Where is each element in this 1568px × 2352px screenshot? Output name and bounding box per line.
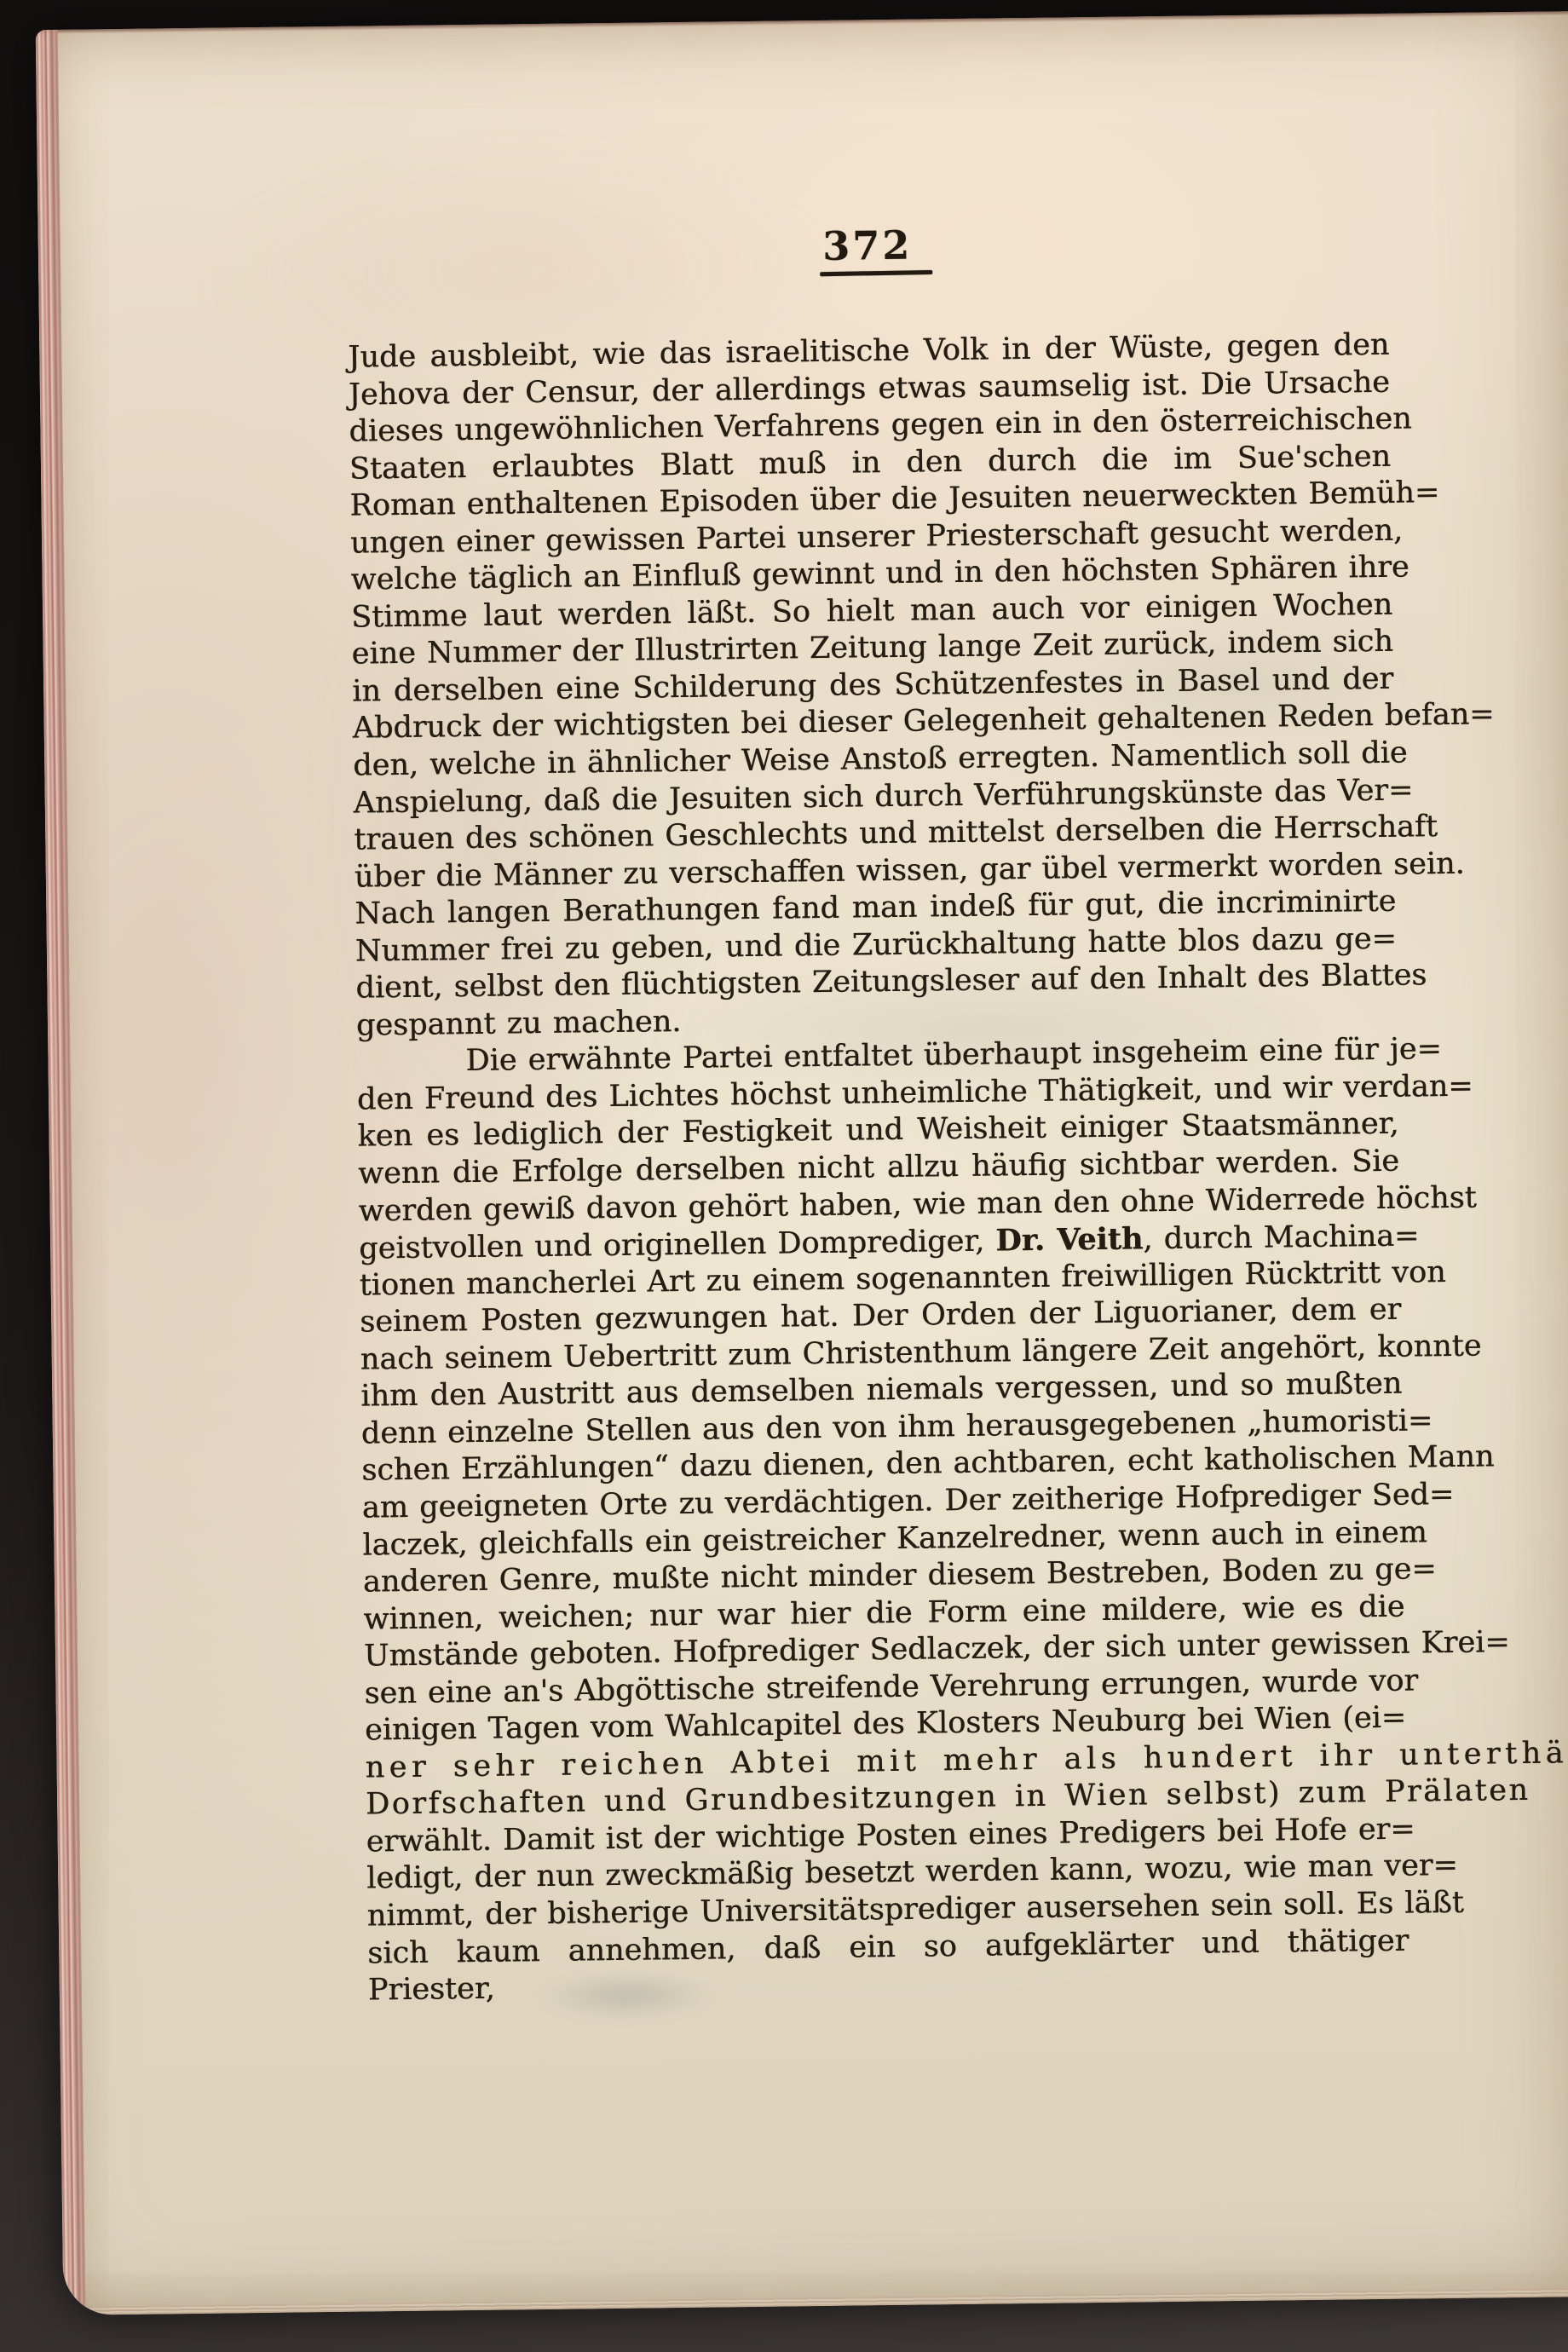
page-text: Jude ausbleibt, wie das israelitische Vo…: [348, 327, 1409, 1973]
scan-background: 372 Jude ausbleibt, wie das israelitisch…: [0, 0, 1568, 2352]
page-fore-edge: [36, 30, 86, 2315]
emphasis-bold: Dr. Veith: [995, 1221, 1144, 1258]
page-header: 372: [347, 216, 1389, 282]
book-page: 372 Jude ausbleibt, wie das israelitisch…: [36, 11, 1568, 2315]
paper-stain: [1442, 11, 1568, 2298]
text-segment: , durch Machina=: [1143, 1219, 1419, 1257]
bleedthrough-smudge: [537, 1969, 717, 2023]
page-number-rule: [820, 270, 932, 276]
text-segment: geistvollen und originellen Domprediger,: [359, 1225, 996, 1266]
page-number: 372: [347, 216, 1389, 275]
